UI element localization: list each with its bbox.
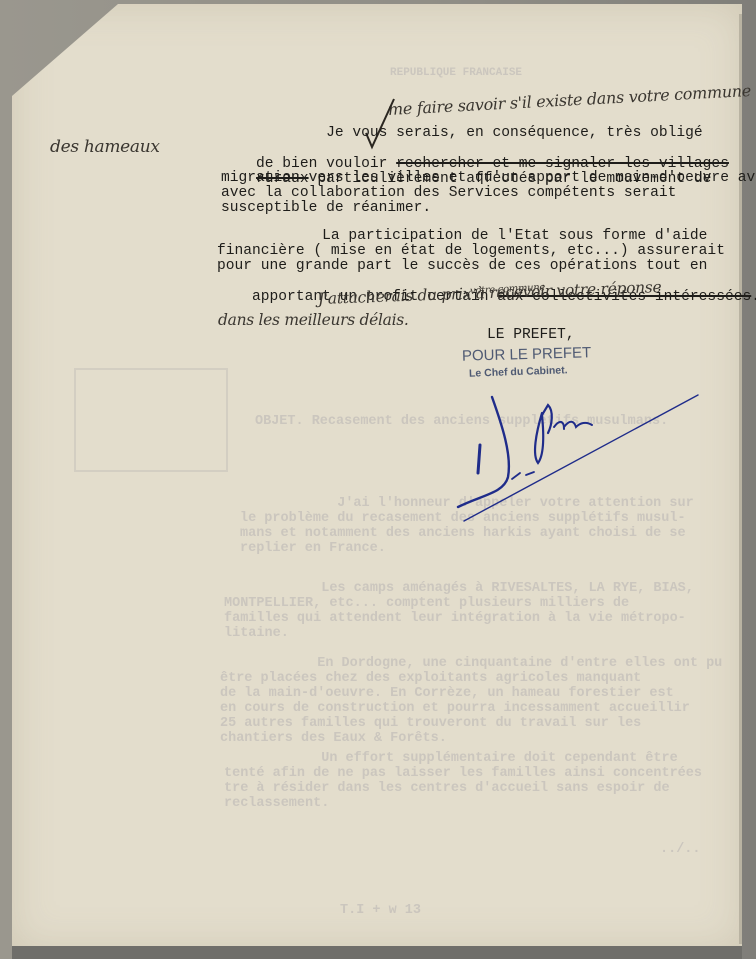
ghost-stamp-box [74,368,228,472]
ghost-bottom-code: T.I + w 13 [340,903,421,918]
closing-title: LE PREFET, [487,328,575,344]
signature [440,385,710,525]
ghost-letterhead: REPUBLIQUE FRANCAISE [390,66,522,81]
ghost-footer: ../.. [660,842,701,857]
closing-annotation-line2: dans les meilleurs délais. [218,311,409,329]
stamp-line1: POUR LE PREFET [462,344,592,364]
page-bottom-shadow [12,946,742,959]
page-edge [739,14,742,944]
margin-annotation: des hameaux [50,137,160,157]
